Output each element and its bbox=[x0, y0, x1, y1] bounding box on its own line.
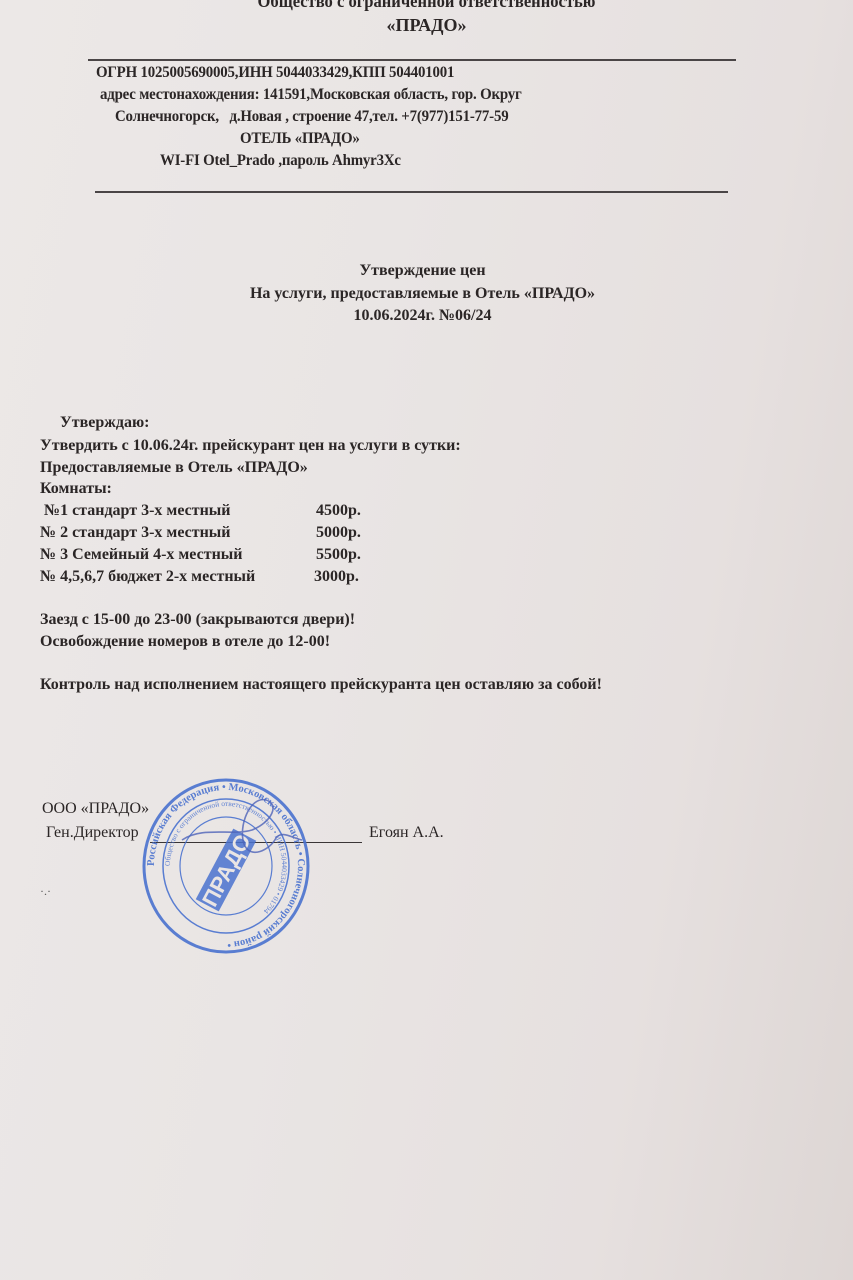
hotel-name: ОТЕЛЬ «ПРАДО» bbox=[240, 130, 360, 148]
room-name: № 3 Семейный 4-х местный bbox=[40, 546, 243, 564]
signature-position: Ген.Директор bbox=[46, 824, 139, 842]
room-name: № 2 стандарт 3-х местный bbox=[40, 524, 231, 542]
signature-company: ООО «ПРАДО» bbox=[42, 800, 149, 818]
registration-numbers: ОГРН 1025005690005,ИНН 5044033429,КПП 50… bbox=[96, 64, 454, 82]
approve-text: Утвердить с 10.06.24г. прейскурант цен н… bbox=[40, 437, 461, 455]
company-seal-stamp: Российская Федерация • Московская област… bbox=[142, 778, 310, 954]
checkout-rule: Освобождение номеров в отеле до 12-00! bbox=[40, 633, 330, 651]
doc-subtitle: На услуги, предоставляемые в Отель «ПРАД… bbox=[0, 285, 849, 303]
org-name: «ПРАДО» bbox=[0, 15, 853, 36]
rooms-label: Комнаты: bbox=[40, 480, 112, 498]
room-price: 3000р. bbox=[314, 568, 359, 586]
doc-title: Утверждение цен bbox=[0, 262, 849, 280]
header-divider-bottom bbox=[95, 191, 728, 193]
provided-text: Предоставляемые в Отель «ПРАДО» bbox=[40, 459, 308, 477]
approve-label: Утверждаю: bbox=[60, 414, 150, 432]
room-price: 5500р. bbox=[316, 546, 361, 564]
checkin-rule: Заезд с 15-00 до 23-00 (закрываются двер… bbox=[40, 611, 355, 629]
wifi-info: WI-FI Otel_Prado ,пароль Ahmyr3Xc bbox=[160, 152, 401, 170]
control-statement: Контроль над исполнением настоящего прей… bbox=[40, 676, 602, 694]
address-line-2: Солнечногорск, д.Новая , строение 47,тел… bbox=[115, 108, 508, 126]
room-name: № 4,5,6,7 бюджет 2-х местный bbox=[40, 568, 255, 586]
signature-name: Егоян А.А. bbox=[369, 824, 444, 842]
room-price: 5000р. bbox=[316, 524, 361, 542]
room-name: №1 стандарт 3-х местный bbox=[44, 502, 231, 520]
doc-date-number: 10.06.2024г. №06/24 bbox=[0, 307, 849, 325]
header-divider-top bbox=[88, 59, 736, 61]
ink-speck: ·.· bbox=[40, 884, 51, 899]
stamp-center-text: ПРАДО bbox=[197, 830, 256, 911]
address-line-1: адрес местонахождения: 141591,Московская… bbox=[100, 86, 522, 104]
org-type: Общество с ограниченной ответственностью bbox=[34, 0, 819, 12]
room-price: 4500р. bbox=[316, 502, 361, 520]
